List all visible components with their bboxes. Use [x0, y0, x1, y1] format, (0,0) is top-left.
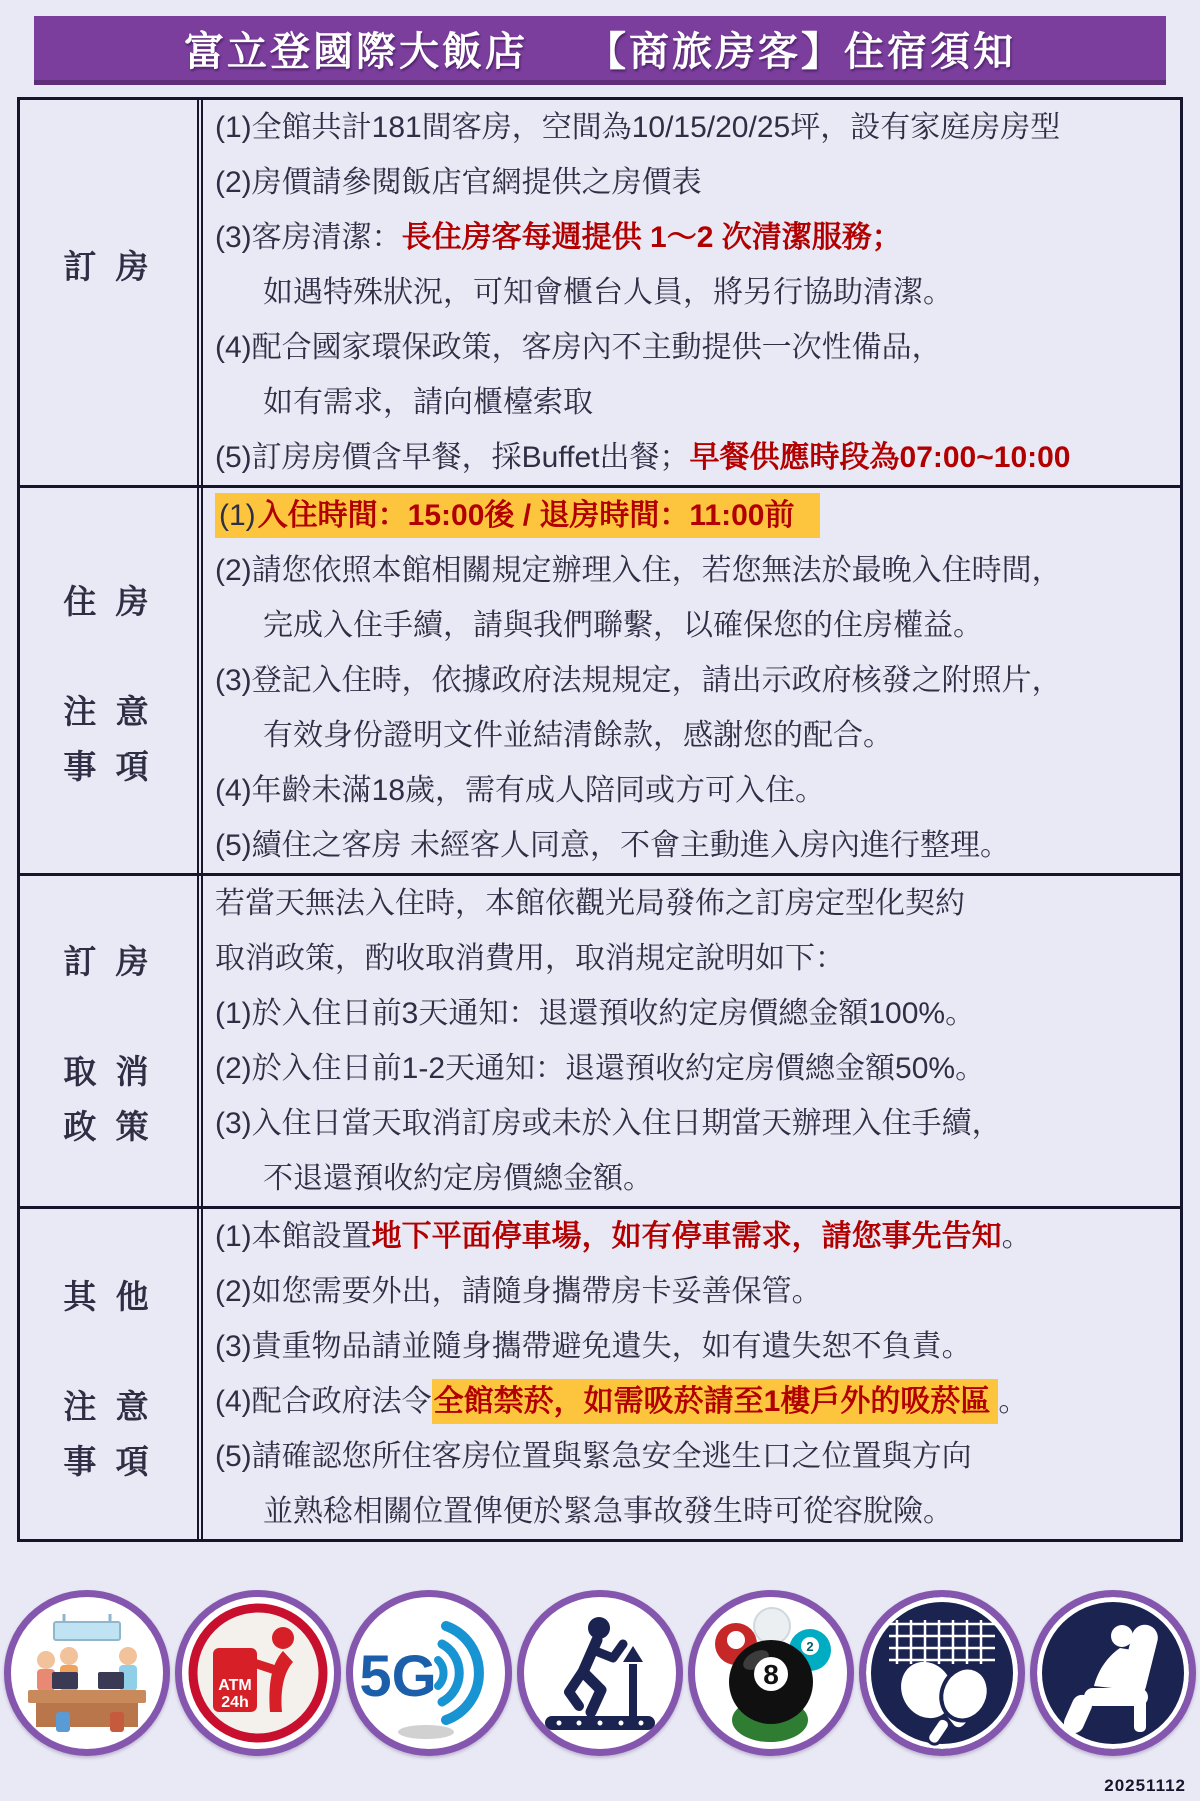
svg-text:5G: 5G: [359, 1644, 436, 1709]
svg-text:ATM: ATM: [218, 1677, 251, 1694]
text: (3)貴重物品請並隨身攜帶避免遺失，如有遺失恕不負責。: [215, 1330, 972, 1363]
row-content: (1)本館設置地下平面停車場，如有停車需求，請您事先告知。(2)如您需要外出，請…: [197, 1209, 1180, 1539]
text: 如有需求，請向櫃檯索取: [263, 386, 593, 419]
text: 。: [998, 1385, 1028, 1418]
content-line: 完成入住手續，請與我們聯繫，以確保您的住房權益。: [211, 598, 1176, 653]
text: 取消政策，酌收取消費用，取消規定說明如下：: [215, 942, 845, 975]
facility-icons-row: ATM 24h 5G: [4, 1590, 1196, 1756]
row-content: (1)入住時間：15:00後 / 退房時間：11:00前(2)請您依照本館相關規…: [197, 488, 1180, 873]
content-line: (1)全館共計181間客房，空間為10/15/20/25坪，設有家庭房房型: [211, 100, 1176, 155]
atm-24h-icon: ATM 24h: [175, 1590, 341, 1756]
content-line: 取消政策，酌收取消費用，取消規定說明如下：: [211, 931, 1176, 986]
table-tennis-icon: [859, 1590, 1025, 1756]
gym-treadmill-icon: [517, 1590, 683, 1756]
content-line: 不退還預收約定房價總金額。: [211, 1151, 1176, 1206]
text: (4)配合國家環保政策，客房內不主動提供一次性備品，: [215, 331, 942, 364]
text: (1)全館共計181間客房，空間為10/15/20/25坪，設有家庭房房型: [215, 111, 1060, 144]
table-row: 其 他注 意事 項(1)本館設置地下平面停車場，如有停車需求，請您事先告知。(2…: [20, 1209, 1180, 1539]
text: (2)如您需要外出，請隨身攜帶房卡妥善保管。: [215, 1275, 822, 1308]
text: (2)房價請參閱飯店官網提供之房價表: [215, 166, 702, 199]
content-line: (4)年齡未滿18歲，需有成人陪同或方可入住。: [211, 763, 1176, 818]
content-line: (5)訂房房價含早餐，採Buffet出餐；早餐供應時段為07:00~10:00: [211, 430, 1176, 485]
content-line: 如遇特殊狀況，可知會櫃台人員，將另行協助清潔。: [211, 265, 1176, 320]
row-label-line: 注 意: [20, 1379, 197, 1434]
row-label: 其 他注 意事 項: [20, 1209, 197, 1539]
table-row: 訂 房(1)全館共計181間客房，空間為10/15/20/25坪，設有家庭房房型…: [20, 100, 1180, 488]
emphasized-text: 全館禁菸，如需吸菸請至1樓戶外的吸菸區: [432, 1379, 999, 1424]
content-line: (1)本館設置地下平面停車場，如有停車需求，請您事先告知。: [211, 1209, 1176, 1264]
row-label-line: 其 他: [20, 1269, 197, 1324]
text: (5)續住之客房 未經客人同意，不會主動進入房內進行整理。: [215, 829, 1010, 862]
svg-text:8: 8: [763, 1659, 779, 1690]
billiards-icon: 2 8: [688, 1590, 854, 1756]
row-label-line: 事 項: [20, 1434, 197, 1489]
text: 並熟稔相關位置俾便於緊急事故發生時可從容脫險。: [263, 1495, 953, 1528]
text: (4)年齡未滿18歲，需有成人陪同或方可入住。: [215, 774, 825, 807]
content-line: (2)房價請參閱飯店官網提供之房價表: [211, 155, 1176, 210]
row-label: 住 房注 意事 項: [20, 488, 197, 873]
content-line: (3)貴重物品請並隨身攜帶避免遺失，如有遺失恕不負責。: [211, 1319, 1176, 1374]
notice-title: 【商旅房客】住宿須知: [586, 20, 1016, 77]
text: (1)本館設置: [215, 1220, 372, 1253]
row-label-line: 訂 房: [20, 934, 197, 989]
text: (3)登記入住時，依據政府法規規定，請出示政府核發之附照片，: [215, 664, 1062, 697]
row-content: 若當天無法入住時，本館依觀光局發佈之訂房定型化契約取消政策，酌收取消費用，取消規…: [197, 876, 1180, 1206]
svg-text:2: 2: [806, 1639, 813, 1654]
5g-wifi-icon: 5G: [346, 1590, 512, 1756]
text: 不退還預收約定房價總金額。: [263, 1162, 653, 1195]
row-label-line: 住 房: [20, 574, 197, 629]
emphasized-text: 早餐供應時段為07:00~10:00: [690, 441, 1071, 474]
footer-date: 20251112: [1104, 1776, 1186, 1796]
massage-chair-icon: [1030, 1590, 1196, 1756]
content-line: 若當天無法入住時，本館依觀光局發佈之訂房定型化契約: [211, 876, 1176, 931]
row-content: (1)全館共計181間客房，空間為10/15/20/25坪，設有家庭房房型(2)…: [197, 100, 1180, 485]
text: (4)配合政府法令: [215, 1385, 432, 1418]
content-line: (3)登記入住時，依據政府法規規定，請出示政府核發之附照片，: [211, 653, 1176, 708]
text: (1)於入住日前3天通知：退還預收約定房價總金額100%。: [215, 997, 975, 1030]
content-line: 如有需求，請向櫃檯索取: [211, 375, 1176, 430]
text: (5)請確認您所住客房位置與緊急安全逃生口之位置與方向: [215, 1440, 972, 1473]
hotel-name: 富立登國際大飯店: [184, 20, 528, 77]
text: (5)訂房房價含早餐，採Buffet出餐；: [215, 441, 690, 474]
content-line: (5)續住之客房 未經客人同意，不會主動進入房內進行整理。: [211, 818, 1176, 873]
emphasized-text: 入住時間：15:00後 / 退房時間：11:00前: [256, 493, 821, 538]
emphasized-text: 地下平面停車場，如有停車需求，請您事先告知: [372, 1220, 1002, 1253]
row-label-line: 注 意: [20, 684, 197, 739]
emphasized-text: 長住房客每週提供 1～2 次清潔服務；: [402, 221, 902, 254]
content-line: 並熟稔相關位置俾便於緊急事故發生時可從容脫險。: [211, 1484, 1176, 1539]
svg-text:24h: 24h: [221, 1694, 249, 1711]
content-line: (1)於入住日前3天通知：退還預收約定房價總金額100%。: [211, 986, 1176, 1041]
content-line: (2)如您需要外出，請隨身攜帶房卡妥善保管。: [211, 1264, 1176, 1319]
table-row: 訂 房取 消政 策若當天無法入住時，本館依觀光局發佈之訂房定型化契約取消政策，酌…: [20, 876, 1180, 1209]
row-label: 訂 房取 消政 策: [20, 876, 197, 1206]
text: 如遇特殊狀況，可知會櫃台人員，將另行協助清潔。: [263, 276, 953, 309]
row-label-line: 取 消: [20, 1044, 197, 1099]
content-line: (2)於入住日前1-2天通知：退還預收約定房價總金額50%。: [211, 1041, 1176, 1096]
row-label-line: 訂 房: [20, 239, 197, 294]
text: 若當天無法入住時，本館依觀光局發佈之訂房定型化契約: [215, 887, 965, 920]
content-line: (2)請您依照本館相關規定辦理入住，若您無法於最晚入住時間，: [211, 543, 1176, 598]
content-line: (4)配合國家環保政策，客房內不主動提供一次性備品，: [211, 320, 1176, 375]
text: 有效身份證明文件並結清餘款，感謝您的配合。: [263, 719, 893, 752]
content-line: (4)配合政府法令全館禁菸，如需吸菸請至1樓戶外的吸菸區。: [211, 1374, 1176, 1429]
content-line: (3)入住日當天取消訂房或未於入住日期當天辦理入住手續，: [211, 1096, 1176, 1151]
table-row: 住 房注 意事 項(1)入住時間：15:00後 / 退房時間：11:00前(2)…: [20, 488, 1180, 876]
emphasized-text: (1): [215, 493, 256, 538]
rules-table: 訂 房(1)全館共計181間客房，空間為10/15/20/25坪，設有家庭房房型…: [17, 97, 1183, 1542]
content-line: (5)請確認您所住客房位置與緊急安全逃生口之位置與方向: [211, 1429, 1176, 1484]
front-desk-icon: [4, 1590, 170, 1756]
row-label-line: 事 項: [20, 739, 197, 794]
text: 。: [1002, 1220, 1032, 1253]
content-line: (3)客房清潔：長住房客每週提供 1～2 次清潔服務；: [211, 210, 1176, 265]
header-bar: 富立登國際大飯店 【商旅房客】住宿須知: [34, 16, 1166, 85]
row-label-line: 政 策: [20, 1099, 197, 1154]
text: (3)客房清潔：: [215, 221, 402, 254]
text: (3)入住日當天取消訂房或未於入住日期當天辦理入住手續，: [215, 1107, 1002, 1140]
text: 完成入住手續，請與我們聯繫，以確保您的住房權益。: [263, 609, 983, 642]
text: (2)請您依照本館相關規定辦理入住，若您無法於最晚入住時間，: [215, 554, 1062, 587]
text: (2)於入住日前1-2天通知：退還預收約定房價總金額50%。: [215, 1052, 985, 1085]
row-label: 訂 房: [20, 100, 197, 485]
content-line: 有效身份證明文件並結清餘款，感謝您的配合。: [211, 708, 1176, 763]
content-line: (1)入住時間：15:00後 / 退房時間：11:00前: [211, 488, 1176, 543]
